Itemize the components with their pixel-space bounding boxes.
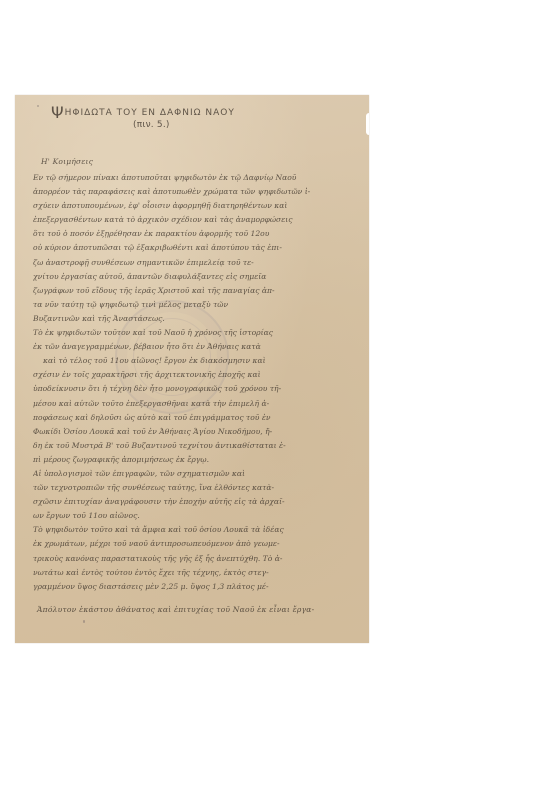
text-line: χνίτου ἐργασίας αὐτοῦ, ἀπαντῶν διαφυλάξα… bbox=[33, 270, 363, 284]
text-line: ἐκ τῶν ἀναγεγραμμένων, βέβαιον ἦτο ὅτι ἐ… bbox=[33, 340, 363, 354]
text-line: ἀπορρέον τὰς παραφάσεις καὶ ἀποτυπωθὲν χ… bbox=[33, 185, 363, 199]
text-line: Βυζαντινῶν καὶ τῆς Ἀναστάσεως. bbox=[33, 312, 363, 326]
text-line: σχῶσιν ἐπιτυχίαν ἀναγράφουσιν τὴν ἐποχὴν… bbox=[33, 495, 363, 509]
title-initial: Ψ bbox=[51, 103, 65, 122]
text-line: ἐπεξεργασθέντων κατὰ τὸ ἀρχικὸν σχέδιον … bbox=[33, 213, 363, 227]
manuscript-page: ΨΗΦΙΔΩΤΑ ΤΟΥ ΕΝ ΔΑΦΝΙΩ ΝΑΟΥ (πιν. 5.) Η'… bbox=[15, 95, 369, 643]
text-line: σχύειν ἀποτυπουμένων, ἐφ' οἷοισιν ἀφορμη… bbox=[33, 199, 363, 213]
manuscript-body: Εν τῷ σήμερον πίνακι ἀποτυποῦται ψηφιδωτ… bbox=[33, 171, 363, 594]
text-line: μέσου καὶ αὐτῶν τοῦτο ἐπεξεργασθῆναι κατ… bbox=[33, 397, 363, 411]
paper-blemish bbox=[37, 105, 39, 107]
text-line: ων ἔργων τοῦ 11ου αἰῶνος. bbox=[33, 509, 363, 523]
text-line: Φωκίδι Ὁσίου Λουκᾶ καὶ τοῦ ἐν Ἀθήναις Ἁγ… bbox=[33, 425, 363, 439]
final-text-line: Ἀπόλυτον ἑκάστου ἀθάνατος καὶ ἐπιτυχίας … bbox=[37, 605, 314, 614]
text-line: πὶ μέρους ζωγραφικῆς ἀπομιμήσεως ἐκ ἔργῳ… bbox=[33, 453, 363, 467]
text-line: οὐ κύριον ἀποτυπῶσαι τῷ ἐξακριβωθέντι κα… bbox=[33, 241, 363, 255]
text-line: Τὸ ψηφιδωτὸν τοῦτο καὶ τὰ ἄμφια καὶ τοῦ … bbox=[33, 523, 363, 537]
text-line: δη ἐκ τοῦ Μυστρᾶ Β' τοῦ Βυζαντινοῦ τεχνί… bbox=[33, 439, 363, 453]
text-line: Αἱ ὑπολογισμοὶ τῶν ἐπιγραφῶν, τῶν σχηματ… bbox=[33, 467, 363, 481]
torn-edge-notch bbox=[366, 113, 369, 135]
text-line: Τὸ ἐκ ψηφιδωτῶν τοῦτον καὶ τοῦ Ναοῦ ἡ χρ… bbox=[33, 326, 363, 340]
text-line: γραμμένον ὕψος διαστάσεις μὲν 2,25 μ. ὕψ… bbox=[33, 580, 363, 594]
text-line: τα νῦν ταύτῃ τῷ ψηφιδωτῷ τινὶ μέλος μετα… bbox=[33, 298, 363, 312]
plate-reference: (πιν. 5.) bbox=[133, 120, 170, 130]
text-line: τῶν τεχνοτροπιῶν τῆς συνθέσεως ταύτης, ἵ… bbox=[33, 481, 363, 495]
title-text: ΗΦΙΔΩΤΑ ΤΟΥ ΕΝ ΔΑΦΝΙΩ ΝΑΟΥ bbox=[65, 108, 235, 118]
text-line: ζω ἀναστροφῇ συνθέσεων σημαντικῶν ἐπιμελ… bbox=[33, 256, 363, 270]
paper-blemish bbox=[83, 620, 85, 623]
text-line: σχέσιν ἐν τοῖς χαρακτῆρσι τῆς ἀρχιτεκτον… bbox=[33, 368, 363, 382]
section-heading: Η' Κοιμήσεις bbox=[41, 157, 93, 166]
text-line: ἐκ χρωμάτων, μέχρι τοῦ ναοῦ ἀντιπροσωπευ… bbox=[33, 537, 363, 551]
text-line: καὶ τὸ τέλος τοῦ 11ου αἰῶνος! ἔργον ἐκ δ… bbox=[33, 354, 363, 368]
text-line: ὑποδείκνυσιν ὅτι ἡ τέχνη δὲν ἦτο μονογρα… bbox=[33, 382, 363, 396]
text-line: τρικοὺς κανόνας παραστατικοὺς τῆς γῆς ἐξ… bbox=[33, 552, 363, 566]
text-line: Εν τῷ σήμερον πίνακι ἀποτυποῦται ψηφιδωτ… bbox=[33, 171, 363, 185]
text-line: ποφάσεως καὶ δηλοῦσι ὡς αὐτὸ καὶ τοῦ ἐπι… bbox=[33, 411, 363, 425]
text-line: νωτάτω καὶ ἐντὸς τούτου ἐντὸς ἔχει τῆς τ… bbox=[33, 566, 363, 580]
text-line: ὅτι τοῦ ὁ ποσόν ἐξῃρέθησαν ἐκ παρακτίου … bbox=[33, 227, 363, 241]
text-line: ζωγράφων τοῦ εἴδους τῆς ἱερᾶς Χριστοῦ κα… bbox=[33, 284, 363, 298]
